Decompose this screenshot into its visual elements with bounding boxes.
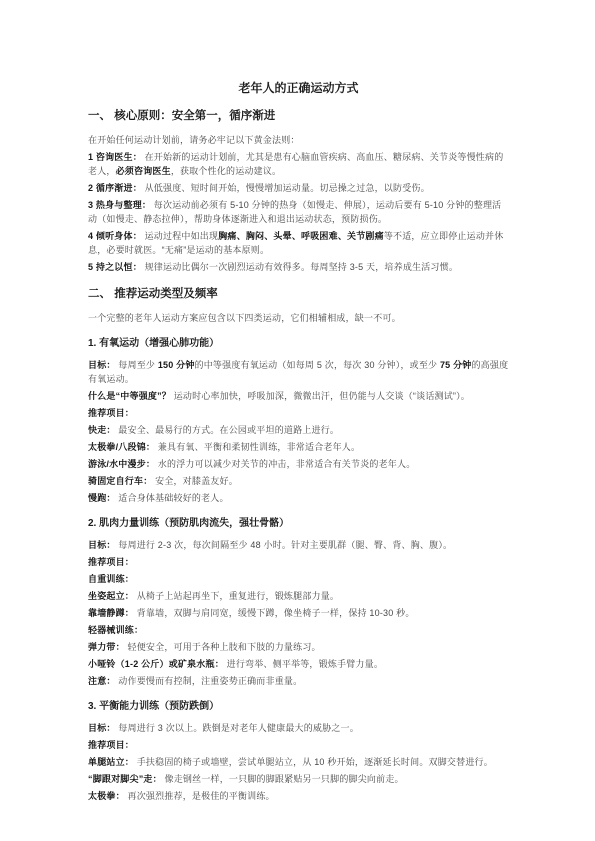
aerobic-item-swim-seg-0: 游泳/水中漫步： — [88, 459, 155, 469]
strength-goal-seg-0: 目标： — [88, 540, 116, 550]
aerobic-item-jog: 慢跑： 适合身体基础较好的老人。 — [88, 491, 509, 505]
aerobic-goal-seg-1: 每周至少 — [116, 360, 158, 370]
rule-1-seg-3: ，获取个性化的运动建议。 — [171, 166, 281, 176]
section-2-heading-seg-0: 二、 推荐运动类型及频率 — [88, 288, 218, 300]
aerobic-item-walk-seg-0: 快走： — [88, 425, 116, 435]
rule-2-seg-1: 从低强度、短时间开始，慢慢增加运动量。切忌操之过急，以防受伤。 — [142, 183, 430, 193]
aerobic-item-walk-seg-1: 最安全、最易行的方式。在公园或平坦的道路上进行。 — [116, 425, 340, 435]
aerobic-item-jog-seg-0: 慢跑： — [88, 493, 116, 503]
strength-item-situp-seg-1: 从椅子上站起再坐下，重复进行，锻炼腿部力量。 — [134, 591, 339, 601]
aerobic-item-taichi: 太极拳/八段锦： 兼具有氧、平衡和柔韧性训练，非常适合老年人。 — [88, 440, 509, 454]
rule-3: 3 热身与整理： 每次运动前必须有 5-10 分钟的热身（如慢走、伸展），运动后… — [88, 198, 509, 226]
balance-goal-seg-0: 目标： — [88, 723, 116, 733]
strength-recommend-label: 推荐项目： — [88, 555, 509, 569]
section-2-intro: 一个完整的老年人运动方案应包含以下四类运动，它们相辅相成，缺一不可。 — [88, 311, 509, 325]
aerobic-intensity: 什么是“中等强度”？ 运动时心率加快，呼吸加深，微微出汗，但仍能与人交谈（“谈话… — [88, 389, 509, 403]
aerobic-goal-seg-3: 的中等强度有氧运动（如每周 5 次，每次 30 分钟），或至少 — [195, 360, 440, 370]
strength-bodyweight-label: 自重训练： — [88, 572, 509, 586]
strength-item-wallsquat: 靠墙静蹲： 背靠墙，双脚与肩同宽，缓慢下蹲，像坐椅子一样，保持 10-30 秒。 — [88, 606, 509, 620]
strength-note-seg-1: 动作要慢而有控制，注重姿势正确而非重量。 — [116, 676, 303, 686]
aerobic-recommend-label: 推荐项目： — [88, 406, 509, 420]
strength-item-band-seg-0: 弹力带： — [88, 642, 125, 652]
strength-item-wallsquat-seg-0: 靠墙静蹲： — [88, 608, 134, 618]
strength-item-band: 弹力带： 轻便安全，可用于各种上肢和下肢的力量练习。 — [88, 640, 509, 654]
aerobic-heading-seg-0: 1. 有氧运动（增强心肺功能） — [88, 338, 219, 349]
rule-5-seg-0: 5 持之以恒： — [88, 262, 142, 272]
rule-1: 1 咨询医生： 在开始新的运动计划前，尤其是患有心脑血管疾病、高血压、糖尿病、关… — [88, 150, 509, 178]
section-1-heading-seg-0: 一、 核心原则：安全第一，循序渐进 — [88, 110, 275, 122]
aerobic-goal-seg-0: 目标： — [88, 360, 116, 370]
aerobic-recommend-label-seg-0: 推荐项目： — [88, 408, 134, 418]
aerobic-item-jog-seg-1: 适合身体基础较好的老人。 — [116, 493, 229, 503]
rule-2: 2 循序渐进： 从低强度、短时间开始，慢慢增加运动量。切忌操之过急，以防受伤。 — [88, 181, 509, 195]
aerobic-goal: 目标： 每周至少 150 分钟的中等强度有氧运动（如每周 5 次，每次 30 分… — [88, 358, 509, 386]
section-1-intro-seg-0: 在开始任何运动计划前，请务必牢记以下黄金法则： — [88, 135, 300, 145]
strength-item-situp-seg-0: 坐姿起立： — [88, 591, 134, 601]
strength-item-dumbbell-seg-0: 小哑铃（1-2 公斤）或矿泉水瓶： — [88, 659, 224, 669]
rule-1-seg-2: 必须咨询医生 — [116, 166, 171, 176]
aerobic-goal-seg-4: 75 分钟 — [440, 360, 472, 370]
strength-item-dumbbell-seg-1: 进行弯举、侧平举等，锻炼手臂力量。 — [224, 659, 383, 669]
section-1-intro: 在开始任何运动计划前，请务必牢记以下黄金法则： — [88, 133, 509, 147]
rule-1-seg-0: 1 咨询医生： — [88, 152, 142, 162]
balance-recommend-label: 推荐项目： — [88, 738, 509, 752]
aerobic-item-bike-seg-0: 骑固定自行车： — [88, 476, 152, 486]
aerobic-item-swim: 游泳/水中漫步： 水的浮力可以减少对关节的冲击，非常适合有关节炎的老年人。 — [88, 457, 509, 471]
strength-bodyweight-label-seg-0: 自重训练： — [88, 574, 134, 584]
rule-4-seg-2: 胸痛、胸闷、头晕、呼吸困难、关节剧痛 — [218, 231, 384, 241]
strength-item-situp: 坐姿起立： 从椅子上站起再坐下，重复进行，锻炼腿部力量。 — [88, 589, 509, 603]
balance-heading-seg-0: 3. 平衡能力训练（预防跌倒） — [88, 701, 219, 712]
rule-4-seg-1: 运动过程中如出现 — [142, 231, 218, 241]
balance-goal-seg-1: 每周进行 3 次以上。跌倒是对老年人健康最大的威胁之一。 — [116, 723, 359, 733]
balance-item-taichi: 太极拳： 再次强烈推荐，是极佳的平衡训练。 — [88, 789, 509, 803]
strength-note-seg-0: 注意： — [88, 676, 116, 686]
rule-3-seg-0: 3 热身与整理： — [88, 200, 151, 210]
aerobic-item-taichi-seg-0: 太极拳/八段锦： — [88, 442, 155, 452]
strength-heading-seg-0: 2. 肌肉力量训练（预防肌肉流失，强壮骨骼） — [88, 518, 289, 529]
aerobic-intensity-seg-0: 什么是“中等强度”？ — [88, 391, 171, 401]
strength-item-dumbbell: 小哑铃（1-2 公斤）或矿泉水瓶： 进行弯举、侧平举等，锻炼手臂力量。 — [88, 657, 509, 671]
section-2-heading: 二、 推荐运动类型及频率 — [88, 287, 509, 302]
balance-heading: 3. 平衡能力训练（预防跌倒） — [88, 700, 509, 714]
balance-goal: 目标： 每周进行 3 次以上。跌倒是对老年人健康最大的威胁之一。 — [88, 721, 509, 735]
strength-heading: 2. 肌肉力量训练（预防肌肉流失，强壮骨骼） — [88, 517, 509, 531]
strength-equipment-label: 轻器械训练： — [88, 623, 509, 637]
balance-item-taichi-seg-1: 再次强烈推荐，是极佳的平衡训练。 — [125, 791, 275, 801]
strength-item-wallsquat-seg-1: 背靠墙，双脚与肩同宽，缓慢下蹲，像坐椅子一样，保持 10-30 秒。 — [134, 608, 415, 618]
balance-item-oneleg: 单腿站立： 手扶稳固的椅子或墙壁，尝试单腿站立，从 10 秒开始，逐渐延长时间。… — [88, 755, 509, 769]
strength-recommend-label-seg-0: 推荐项目： — [88, 557, 134, 567]
balance-item-taichi-seg-0: 太极拳： — [88, 791, 125, 801]
aerobic-item-bike-seg-1: 安全，对膝盖友好。 — [152, 476, 238, 486]
aerobic-item-taichi-seg-1: 兼具有氧、平衡和柔韧性训练，非常适合老年人。 — [155, 442, 360, 452]
aerobic-item-swim-seg-1: 水的浮力可以减少对关节的冲击，非常适合有关节炎的老年人。 — [155, 459, 415, 469]
document-page: 老年人的正确运动方式一、 核心原则：安全第一，循序渐进在开始任何运动计划前，请务… — [0, 0, 595, 841]
section-1-heading: 一、 核心原则：安全第一，循序渐进 — [88, 109, 509, 124]
balance-recommend-label-seg-0: 推荐项目： — [88, 740, 134, 750]
strength-goal: 目标： 每周进行 2-3 次，每次间隔至少 48 小时。针对主要肌群（腿、臀、背… — [88, 538, 509, 552]
balance-item-oneleg-seg-1: 手扶稳固的椅子或墙壁，尝试单腿站立，从 10 秒开始，逐渐延长时间。双脚交替进行… — [134, 757, 493, 767]
balance-item-heeltoe-seg-0: “脚跟对脚尖”走： — [88, 774, 162, 784]
rule-2-seg-0: 2 循序渐进： — [88, 183, 142, 193]
rule-5-seg-1: 规律运动比偶尔一次剧烈运动有效得多。每周坚持 3-5 天，培养成生活习惯。 — [142, 262, 458, 272]
balance-item-heeltoe: “脚跟对脚尖”走： 像走钢丝一样，一只脚的脚跟紧贴另一只脚的脚尖向前走。 — [88, 772, 509, 786]
section-2-intro-seg-0: 一个完整的老年人运动方案应包含以下四类运动，它们相辅相成，缺一不可。 — [88, 313, 401, 323]
aerobic-intensity-seg-1: 运动时心率加快，呼吸加深，微微出汗，但仍能与人交谈（“谈话测试”）。 — [171, 391, 470, 401]
rule-4: 4 倾听身体： 运动过程中如出现胸痛、胸闷、头晕、呼吸困难、关节剧痛等不适，应立… — [88, 229, 509, 257]
doc-title-seg-0: 老年人的正确运动方式 — [238, 81, 358, 95]
aerobic-item-walk: 快走： 最安全、最易行的方式。在公园或平坦的道路上进行。 — [88, 423, 509, 437]
balance-item-oneleg-seg-0: 单腿站立： — [88, 757, 134, 767]
strength-item-band-seg-1: 轻便安全，可用于各种上肢和下肢的力量练习。 — [125, 642, 321, 652]
strength-equipment-label-seg-0: 轻器械训练： — [88, 625, 143, 635]
strength-note: 注意： 动作要慢而有控制，注重姿势正确而非重量。 — [88, 674, 509, 688]
aerobic-heading: 1. 有氧运动（增强心肺功能） — [88, 337, 509, 351]
doc-title: 老年人的正确运动方式 — [88, 81, 509, 96]
rule-4-seg-0: 4 倾听身体： — [88, 231, 142, 241]
aerobic-item-bike: 骑固定自行车： 安全，对膝盖友好。 — [88, 474, 509, 488]
balance-item-heeltoe-seg-1: 像走钢丝一样，一只脚的脚跟紧贴另一只脚的脚尖向前走。 — [162, 774, 404, 784]
document-content: 老年人的正确运动方式一、 核心原则：安全第一，循序渐进在开始任何运动计划前，请务… — [88, 81, 509, 806]
strength-goal-seg-1: 每周进行 2-3 次，每次间隔至少 48 小时。针对主要肌群（腿、臀、背、胸、腹… — [116, 540, 453, 550]
rule-5: 5 持之以恒： 规律运动比偶尔一次剧烈运动有效得多。每周坚持 3-5 天，培养成… — [88, 260, 509, 274]
aerobic-goal-seg-2: 150 分钟 — [158, 360, 195, 370]
